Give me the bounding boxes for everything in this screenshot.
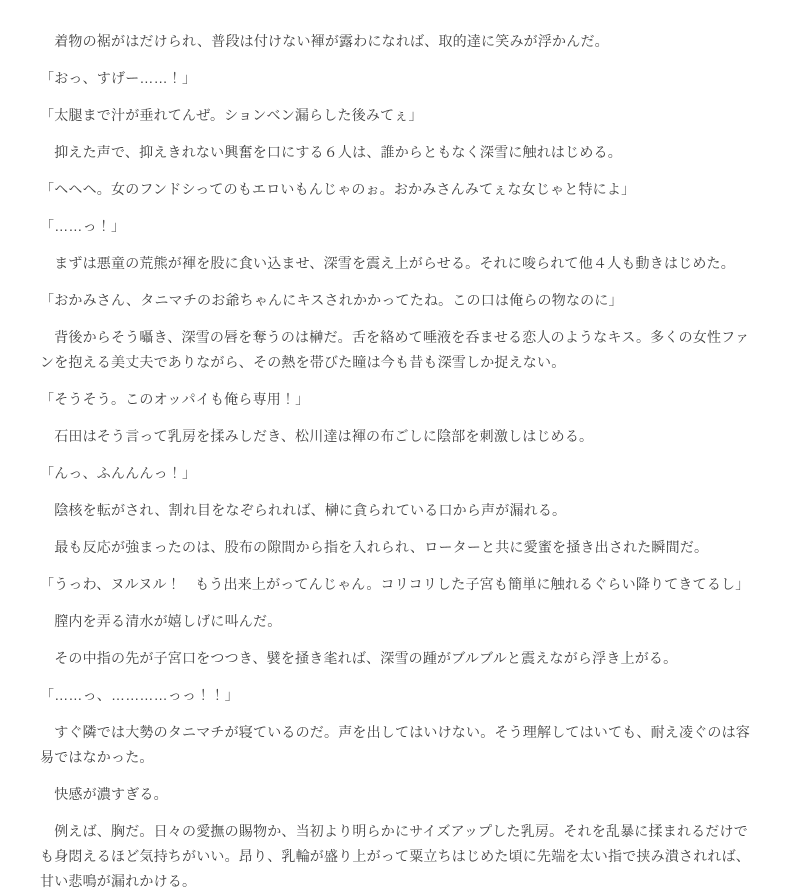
paragraph: 膣内を弄る清水が嬉しげに叫んだ。 [40,609,757,634]
paragraph: 「……っ、…………っっ！！」 [40,683,757,708]
paragraph: 「おかみさん、タニマチのお爺ちゃんにキスされかかってたね。この口は俺らの物なのに… [40,288,757,313]
paragraph: 最も反応が強まったのは、股布の隙間から指を入れられ、ローターと共に愛蜜を掻き出さ… [40,535,757,560]
paragraph: 例えば、胸だ。日々の愛撫の賜物か、当初より明らかにサイズアップした乳房。それを乱… [40,819,757,894]
paragraph: 陰核を転がされ、割れ目をなぞられれば、榊に貪られている口から声が漏れる。 [40,498,757,523]
paragraph: 石田はそう言って乳房を揉みしだき、松川達は褌の布ごしに陰部を刺激しはじめる。 [40,424,757,449]
paragraph: 「太腿まで汁が垂れてんぜ。ションベン漏らした後みてぇ」 [40,103,757,128]
novel-page: 着物の裾がはだけられ、普段は付けない褌が露わになれば、取的達に笑みが浮かんだ。 … [0,0,799,896]
paragraph: 抑えた声で、抑えきれない興奮を口にする６人は、誰からともなく深雪に触れはじめる。 [40,140,757,165]
paragraph: 「んっ、ふんんんっ！」 [40,461,757,486]
paragraph: 背後からそう囁き、深雪の唇を奪うのは榊だ。舌を絡めて唾液を呑ませる恋人のようなキ… [40,325,757,375]
paragraph: すぐ隣では大勢のタニマチが寝ているのだ。声を出してはいけない。そう理解してはいて… [40,720,757,770]
paragraph: まずは悪童の荒熊が褌を股に食い込ませ、深雪を震え上がらせる。それに唆られて他４人… [40,251,757,276]
paragraph: 「そうそう。このオッパイも俺ら専用！」 [40,387,757,412]
novel-text-body: 着物の裾がはだけられ、普段は付けない褌が露わになれば、取的達に笑みが浮かんだ。 … [40,29,757,894]
paragraph: その中指の先が子宮口をつつき、襞を掻き毟れば、深雪の踵がブルブルと震えながら浮き… [40,646,757,671]
paragraph: 「ヘヘヘ。女のフンドシってのもエロいもんじゃのぉ。おかみさんみてぇな女じゃと特に… [40,177,757,202]
paragraph: 「……っ！」 [40,214,757,239]
paragraph: 快感が濃すぎる。 [40,782,757,807]
paragraph: 「おっ、すげー……！」 [40,66,757,91]
paragraph: 着物の裾がはだけられ、普段は付けない褌が露わになれば、取的達に笑みが浮かんだ。 [40,29,757,54]
paragraph: 「うっわ、ヌルヌル！ もう出来上がってんじゃん。コリコリした子宮も簡単に触れるぐ… [40,572,757,597]
